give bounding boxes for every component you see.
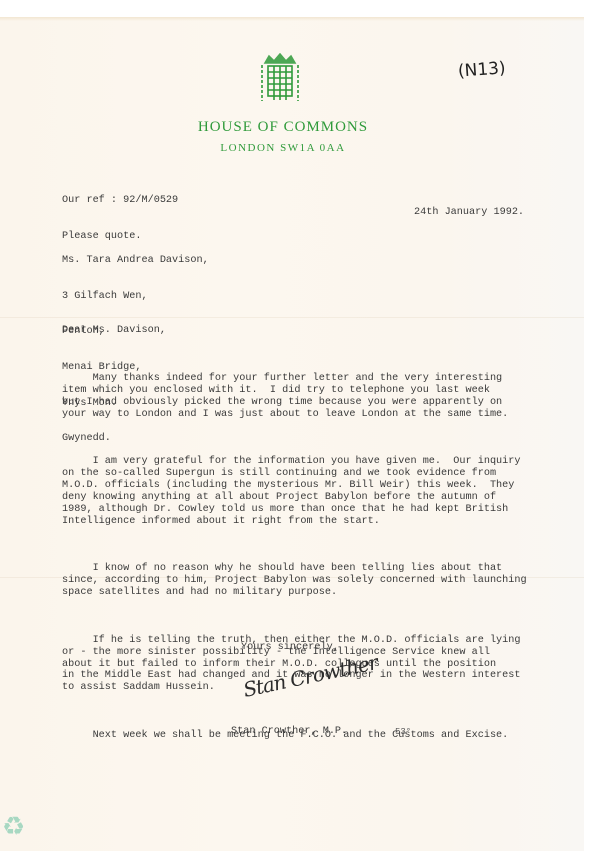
letterhead-title: HOUSE OF COMMONS	[0, 119, 566, 136]
portcullis-crest-icon	[259, 53, 301, 105]
paragraph: I am very grateful for the information y…	[62, 456, 527, 527]
salutation: Dear Ms. Davison,	[62, 325, 166, 337]
margin-note: 53°	[395, 727, 411, 739]
reference-number: Our ref : 92/M/0529	[62, 195, 178, 207]
paragraph: I know of no reason why he should have b…	[62, 563, 527, 599]
letterhead-address: LONDON SW1A 0AA	[0, 142, 566, 154]
letter-date: 24th January 1992.	[414, 207, 524, 219]
handwritten-annotation: (N13)	[457, 58, 506, 81]
signatory-name: Stan Crowther, M.P.	[231, 726, 347, 738]
paragraph: Many thanks indeed for your further lett…	[62, 373, 527, 421]
letter-body: Many thanks indeed for your further lett…	[62, 349, 527, 766]
recipient-line: 3 Gilfach Wen,	[62, 291, 209, 303]
recycle-icon: ♻	[2, 813, 30, 841]
closing: Yours sincerely,	[241, 642, 339, 654]
recipient-line: Ms. Tara Andrea Davison,	[62, 255, 209, 267]
